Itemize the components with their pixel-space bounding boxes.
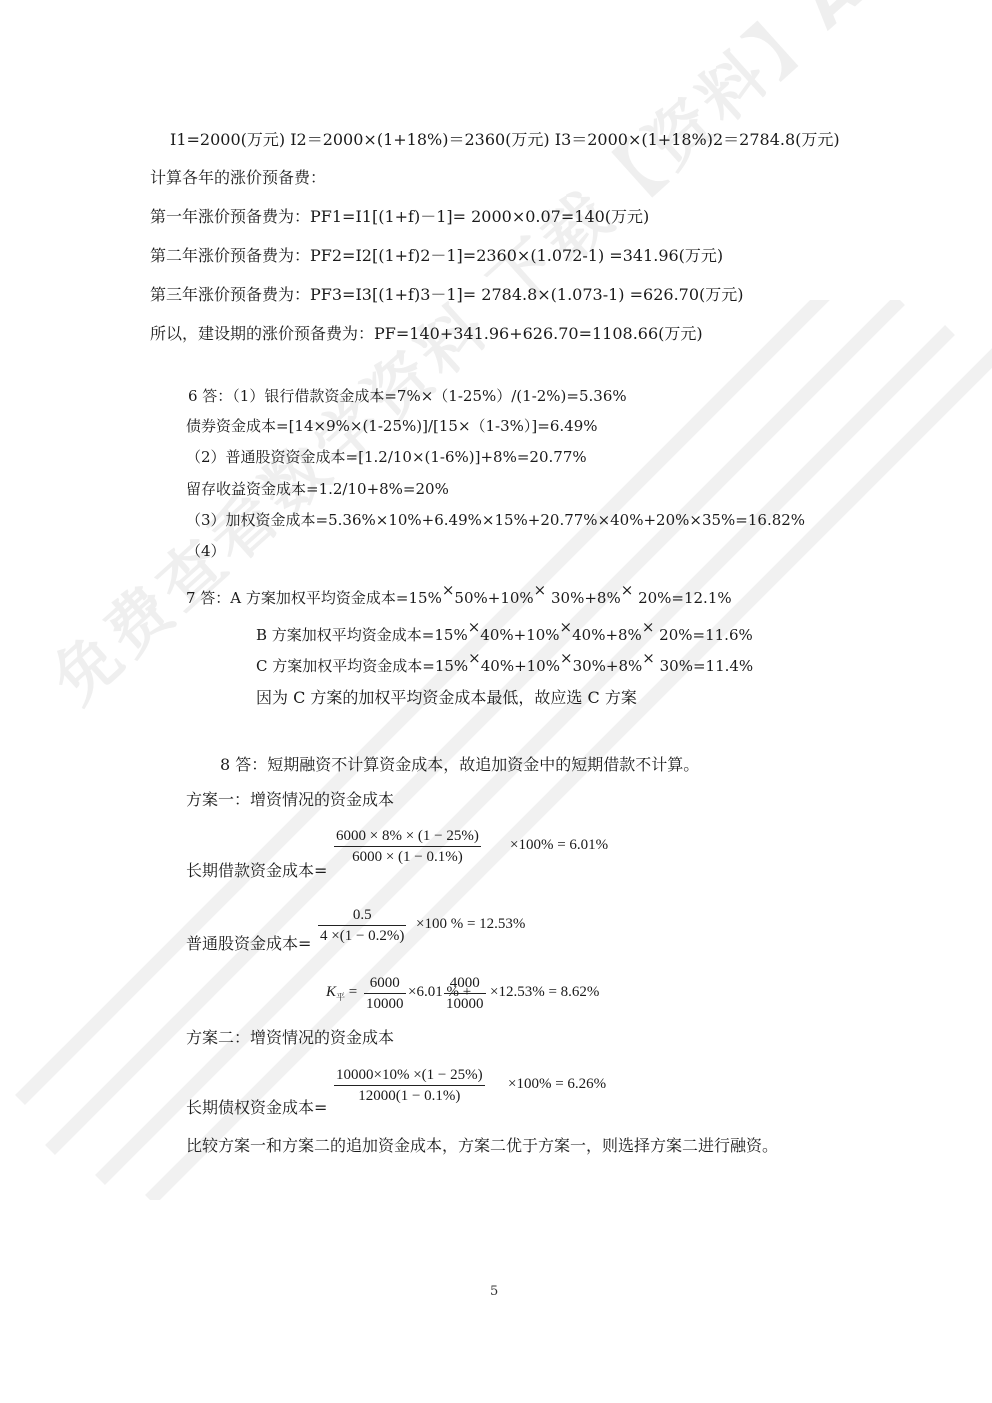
- answer6-line1: 6 答：（1）银行借款资金成本=7%×（1-25%）/(1-2%)=5.36%: [188, 386, 627, 406]
- bond-cost-result: ×100% = 6.26%: [508, 1076, 606, 1093]
- bond-cost-label: 长期债权资金成本=: [186, 1098, 327, 1118]
- loan-cost-fraction: 6000 × 8% × (1 − 25%) 6000 × (1 − 0.1%): [334, 826, 481, 867]
- answer8-intro: 8 答：短期融资不计算资金成本，故追加资金中的短期借款不计算。: [220, 755, 699, 775]
- kw-symbol: K平 =: [326, 984, 357, 1001]
- plan2-heading: 方案二：增资情况的资金成本: [186, 1028, 394, 1048]
- plan1-heading: 方案一：增资情况的资金成本: [186, 790, 394, 810]
- answer6-line2: 债券资金成本=[14×9%×(1-25%)]/[15×（1-3%）]=6.49%: [186, 416, 598, 436]
- watermark-text: 免费查看数学资料 下载【资料】APP: [29, 0, 960, 720]
- year3-reserve: 第三年涨价预备费为：PF3=I3[(1+f)3－1]= 2784.8×(1.07…: [150, 285, 744, 305]
- investment-line: I1=2000(万元) I2＝2000×(1+18%)＝2360(万元) I3＝…: [170, 130, 840, 150]
- answer7-plan-c: C 方案加权平均资金成本=15%×40%+10%×30%+8%× 30%=11.…: [256, 656, 753, 676]
- bond-cost-fraction: 10000×10% ×(1 − 25%) 12000(1 − 0.1%): [334, 1065, 485, 1106]
- kw-fraction-2: 4000 10000: [444, 973, 486, 1014]
- answer6-line5: （3）加权资金成本=5.36%×10%+6.49%×15%+20.77%×40%…: [186, 510, 805, 530]
- stock-cost-label: 普通股资金成本=: [186, 934, 311, 954]
- section5-heading: 计算各年的涨价预备费：: [150, 168, 326, 188]
- document-page: 免费查看数学资料 下载【资料】APP I1=2000(万元) I2＝2000×(…: [0, 0, 992, 1403]
- answer8-conclusion: 比较方案一和方案二的追加资金成本，方案二优于方案一，则选择方案二进行融资。: [186, 1136, 778, 1156]
- answer6-line6: （4）: [186, 541, 226, 561]
- stock-cost-fraction: 0.5 4 ×(1 − 0.2%): [318, 905, 406, 946]
- kw-fraction-1: 6000 10000: [364, 973, 406, 1014]
- answer6-line4: 留存收益资金成本=1.2/10+8%=20%: [186, 479, 449, 499]
- answer6-line3: （2）普通股资资金成本=[1.2/10×(1-6%)]+8%=20.77%: [186, 447, 587, 467]
- stock-cost-result: ×100 % = 12.53%: [416, 916, 525, 933]
- answer7-conclusion: 因为 C 方案的加权平均资金成本最低，故应选 C 方案: [256, 688, 637, 708]
- loan-cost-result: ×100% = 6.01%: [510, 837, 608, 854]
- total-reserve: 所以，建设期的涨价预备费为：PF=140+341.96+626.70=1108.…: [150, 324, 703, 344]
- page-number: 5: [490, 1284, 498, 1299]
- kw-result: ×12.53% = 8.62%: [490, 984, 599, 1001]
- loan-cost-label: 长期借款资金成本=: [186, 861, 327, 881]
- year2-reserve: 第二年涨价预备费为：PF2=I2[(1+f)2－1]=2360×(1.072-1…: [150, 246, 723, 266]
- answer7-plan-b: B 方案加权平均资金成本=15%×40%+10%×40%+8%× 20%=11.…: [256, 625, 753, 645]
- year1-reserve: 第一年涨价预备费为：PF1=I1[(1+f)－1]= 2000×0.07=140…: [150, 207, 649, 227]
- answer7-plan-a: 7 答：A 方案加权平均资金成本=15%×50%+10%× 30%+8%× 20…: [186, 588, 732, 608]
